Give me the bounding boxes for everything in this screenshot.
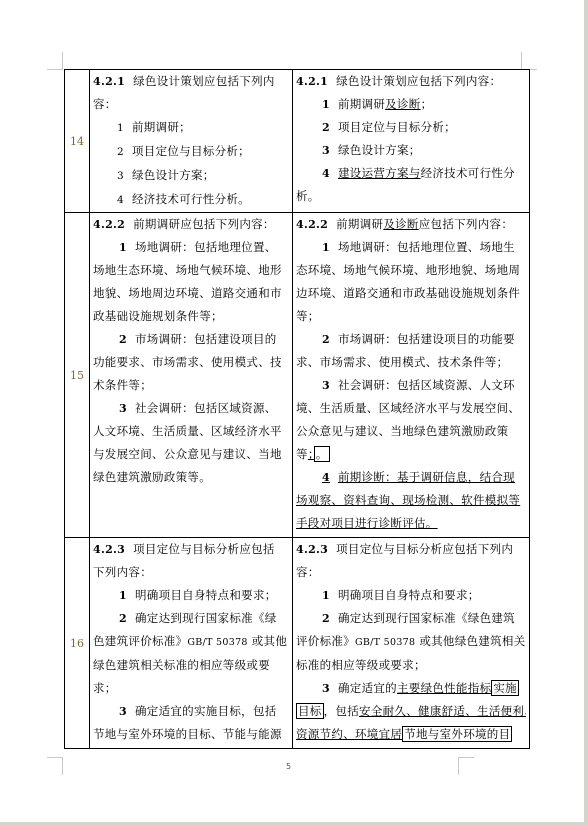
list-item-cont: 绿色建筑相关标准的相应等级或要 [93,654,290,677]
clause-title: 项目定位与目标分析应包括 [133,542,275,556]
clause-title: 应包括下列内容： [419,217,513,231]
list-item: 前期调研 [338,97,385,111]
inserted-text: 及诊断 [385,97,420,111]
clause-number: 4.2.2 [93,218,125,231]
list-item-cont: 与发展空间、公众意见与建议、当地 [93,443,290,466]
list-item-cont: 节地与室外环境的目标、节能与能源 [93,723,290,746]
table-row: 14 4.2.1绿色设计策划应包括下列内 容： 1前期调研； 2项目定位与目标分… [65,70,530,213]
list-item-cont: 或其他绿色建筑相关 [415,634,525,648]
row-number: 16 [65,538,90,749]
original-text-cell: 4.2.1绿色设计策划应包括下列内 容： 1前期调研； 2项目定位与目标分析； … [90,70,293,213]
list-item: 经济技术可行性分析。 [132,192,250,206]
item-number: 3 [322,379,330,392]
crop-mark-bottom-left-h [47,757,63,758]
item-number: 4 [322,167,330,180]
crop-mark-bottom-right-v [458,757,459,775]
page-bottom-edge [0,822,588,826]
item-number: 1 [119,589,127,602]
item-number: 2 [322,333,330,346]
list-item: 明确项目自身特点和要求； [338,588,480,602]
deleted-text-box: 。 [314,446,330,462]
list-item-cont: 政基础设施规划条件等； [93,305,290,328]
standard-code: GB/T 50378 [355,637,415,648]
list-item-cont: 评价标准》 [296,634,355,648]
list-item-cont: 态环境、场地气候环境、地形地貌、场地周 [296,259,526,282]
list-item-cont: 边环境、道路交通和市政基础设施规划条件 [296,282,526,305]
list-item: 确定适宜的实施目标，包括 [135,704,277,718]
item-number: 4 [322,471,330,484]
inserted-text: 前期诊断：基于调研信息，结合现 [338,470,515,484]
table-row: 15 4.2.2前期调研应包括下列内容： 1场地调研：包括地理位置、 场地生态环… [65,213,530,538]
clause-number: 4.2.1 [296,75,328,88]
item-number: 1 [117,122,124,134]
list-item-cont: 等； [296,305,526,328]
crop-mark-top-right-v [521,52,522,69]
clause-number: 4.2.3 [93,543,125,556]
list-item-cont: 功能要求、市场需求、使用模式、技 [93,351,290,374]
list-item-cont: 境、生活质量、区域经济水平与发展空间、 [296,397,526,420]
clause-title: 前期调研 [336,217,383,231]
list-item: 确定适宜的 [338,681,397,695]
list-item-cont: 求； [93,677,290,700]
clause-title: 绿色设计策划应包括下列内容： [336,74,501,88]
list-item: 确定达到现行国家标准《绿色建筑 [338,611,515,625]
list-item: 场地调研：包括地理位置、场地生 [338,240,515,254]
list-item-cont: 人文环境、生活质量、区域经济水平 [93,420,290,443]
clause-title: 绿色设计策划应包括下列内 [133,74,275,88]
inserted-text: 建设运营方案与 [338,166,421,180]
page-right-edge [584,0,588,826]
list-item-cont: 绿色建筑激励政策等。 [93,466,290,489]
list-item: 前期调研； [132,120,191,134]
item-number: 2 [322,121,330,134]
deleted-text-box: 实施 [491,680,519,696]
deleted-text-box: 目标 [296,703,324,719]
list-item: 明确项目自身特点和要求； [135,588,277,602]
list-item: 社会调研：包括区域资源、人文环 [338,378,515,392]
list-item-cont: 场地生态环境、场地气候环境、地形 [93,259,290,282]
list-item-cont: 术条件等； [93,374,290,397]
item-number: 3 [117,170,124,182]
item-number: 1 [322,589,330,602]
inserted-text: 手段对项目进行诊断评估。 [296,512,526,535]
list-item-cont: 地貌、场地周边环境、道路交通和市 [93,282,290,305]
item-number: 3 [322,682,330,695]
item-number: 1 [322,98,330,111]
original-text-cell: 4.2.3项目定位与目标分析应包括 下列内容： 1明确项目自身特点和要求； 2确… [90,538,293,749]
inserted-text: 主要绿色性能指标 [397,681,491,695]
list-item: 经济技术可行性分 [421,166,515,180]
revised-text-cell: 4.2.3项目定位与目标分析应包括下列内 容： 1明确项目自身特点和要求； 2确… [293,538,530,749]
inserted-text: 资源节约、环境宜居 [296,727,402,741]
crop-mark-bottom-left-v [62,757,63,775]
original-text-cell: 4.2.2前期调研应包括下列内容： 1场地调研：包括地理位置、 场地生态环境、场… [90,213,293,538]
item-number: 4 [117,194,124,206]
inserted-text: 及诊断 [383,217,418,231]
list-item: 场地调研：包括地理位置、 [135,240,277,254]
list-item: 确定达到现行国家标准《绿 [135,611,277,625]
clause-title: 前期调研应包括下列内容： [133,217,275,231]
list-item: 绿色设计方案； [132,168,215,182]
item-number: 2 [119,612,127,625]
item-number: 3 [119,705,127,718]
crop-mark-bottom-right-h [458,757,474,758]
item-number: 3 [322,144,330,157]
punctuation: ； [421,97,433,111]
list-item: 市场调研：包括建设项目的 [135,332,277,346]
item-number: 3 [119,402,127,415]
list-item-cont: 色建筑评价标准》 [93,634,187,648]
clause-number: 4.2.3 [296,543,328,556]
list-item-cont: 或其他 [248,634,287,648]
list-item: 绿色设计方案； [338,143,421,157]
inserted-text: ； [308,447,314,461]
standard-code: GB/T 50378 [187,637,247,648]
clause-number: 4.2.2 [296,218,328,231]
clause-title-cont: 下列内容： [93,561,290,584]
clause-title-cont: 容： [93,93,290,116]
clause-title-cont: 容： [296,561,526,584]
list-item-cont: 等 [296,447,308,461]
comparison-table: 14 4.2.1绿色设计策划应包括下列内 容： 1前期调研； 2项目定位与目标分… [64,69,530,749]
item-number: 1 [119,241,127,254]
list-item: 项目定位与目标分析； [132,144,250,158]
revised-text-cell: 4.2.1绿色设计策划应包括下列内容： 1前期调研及诊断； 2项目定位与目标分析… [293,70,530,213]
item-number: 2 [117,146,124,158]
list-item: 市场调研：包括建设项目的功能要 [338,332,515,346]
clause-title: 项目定位与目标分析应包括下列内 [336,542,513,556]
list-item-cont: 求、市场需求、使用模式、技术条件等； [296,351,526,374]
item-number: 2 [322,612,330,625]
inserted-text: 安全耐久、健康舒适、生活便利、 [359,704,526,718]
page-number: 5 [286,762,291,771]
clause-number: 4.2.1 [93,75,125,88]
deleted-text-box: 节地与室外环境的目 [402,726,512,742]
list-item-cont: 标准的相应等级或要求； [296,654,526,677]
crop-mark-top-left-h [47,69,63,70]
list-item-cont: 公众意见与建议、当地绿色建筑激励政策 [296,420,526,443]
list-item-cont: ，包括 [324,704,359,718]
table-row: 16 4.2.3项目定位与目标分析应包括 下列内容： 1明确项目自身特点和要求；… [65,538,530,749]
inserted-text: 场观察、资料查询、现场检测、软件模拟等 [296,489,526,512]
list-item-cont: 析。 [296,185,526,208]
row-number: 15 [65,213,90,538]
revised-text-cell: 4.2.2前期调研及诊断应包括下列内容： 1场地调研：包括地理位置、场地生 态环… [293,213,530,538]
item-number: 1 [322,241,330,254]
list-item: 项目定位与目标分析； [338,120,456,134]
row-number: 14 [65,70,90,213]
crop-mark-top-left-v [62,52,63,69]
list-item: 社会调研：包括区域资源、 [135,401,277,415]
item-number: 2 [119,333,127,346]
